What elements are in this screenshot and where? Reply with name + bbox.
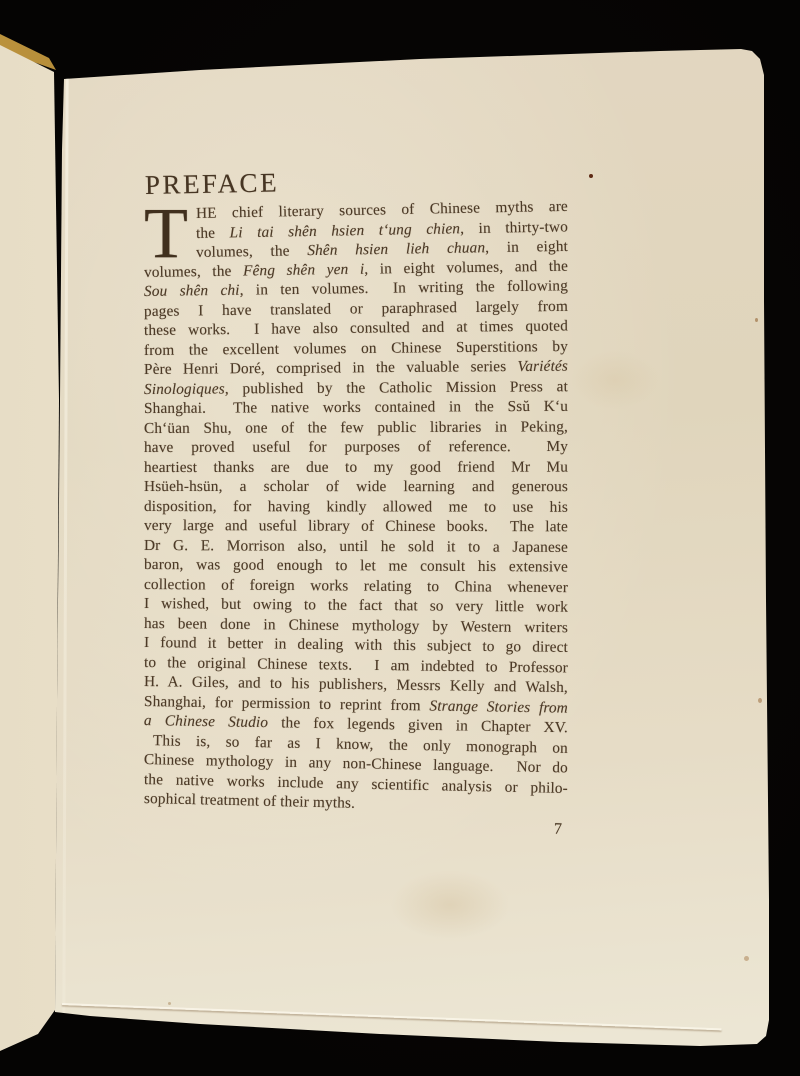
body-text: has been done in Chinese mythology by We… xyxy=(144,615,568,636)
body-text: have proved useful for purposes of refer… xyxy=(144,438,568,456)
foxing-spot xyxy=(755,318,758,322)
body-text: Shanghai. The native works contained in … xyxy=(144,398,568,417)
italic-title-text: Fêng shên yen i xyxy=(243,260,365,279)
italic-title-text: Strange Stories from xyxy=(429,697,568,716)
foxing-spot xyxy=(589,174,593,178)
paragraph: This is, so far as I know, the only mono… xyxy=(144,731,568,809)
body-text: I found it better in dealing with this s… xyxy=(144,634,568,656)
foxing-spot xyxy=(744,956,749,961)
italic-title-text: Shên hsien lieh chuan xyxy=(307,239,485,259)
body-text: heartiest thanks are due to my good frie… xyxy=(144,458,568,475)
body-text: disposition, for having kindly allowed m… xyxy=(144,498,568,516)
italic-title-text: a Chinese Studio xyxy=(144,712,268,731)
body-text: Chʻüan Shu, one of the few public librar… xyxy=(144,418,568,437)
body-text: , in ten volumes. In writing the followi… xyxy=(240,277,569,298)
body-text: I wished, but owing to the fact that so … xyxy=(144,595,568,616)
text-line: very large and useful library of Chinese… xyxy=(144,516,568,537)
text-line: Dr G. E. Morrison also, until he sold it… xyxy=(144,536,568,557)
body-text: the fox legends given in Chapter XV. xyxy=(268,714,568,736)
body-text: these works. I have also consulted and a… xyxy=(144,317,568,339)
body-text: Père Henri Doré, comprised in the valuab… xyxy=(144,358,518,378)
body-text: the xyxy=(196,224,230,242)
text-line: Chʻüan Shu, one of the few public librar… xyxy=(144,417,568,438)
italic-title-text: Sinologiques xyxy=(144,380,225,398)
paper-stain xyxy=(570,350,660,410)
body-text: very large and useful library of Chinese… xyxy=(144,517,568,535)
body-text: , published by the Catholic Mission Pres… xyxy=(225,378,568,397)
text-line: baron, was good enough to let me consult… xyxy=(144,555,568,577)
text-block: PREFACE THE chief literary sources of Ch… xyxy=(144,170,568,839)
body-text: volumes, the xyxy=(144,262,243,280)
italic-title-text: Variétés xyxy=(517,358,568,375)
body-text: from the excellent volumes on Chinese Su… xyxy=(144,338,568,359)
text-line: Père Henri Doré, comprised in the valuab… xyxy=(144,357,568,380)
paragraph: THE chief literary sources of Chinese my… xyxy=(144,204,568,731)
foxing-spot xyxy=(758,698,762,703)
body-text: collection of foreign works relating to … xyxy=(144,576,568,596)
body-text: volumes, the xyxy=(196,242,308,261)
text-line: have proved useful for purposes of refer… xyxy=(144,437,568,458)
body-text: , in thirty-two xyxy=(460,218,568,237)
book-photo: PREFACE THE chief literary sources of Ch… xyxy=(0,0,800,1076)
text-line: Hsüeh-hsün, a scholar of wide learning a… xyxy=(144,477,568,497)
text-line: heartiest thanks are due to my good frie… xyxy=(144,457,568,477)
italic-title-text: Li tai shên hsien tʻung chien xyxy=(229,220,460,241)
text-line: Sinologiques, published by the Catholic … xyxy=(144,377,568,399)
body-text: Hsüeh-hsün, a scholar of wide learning a… xyxy=(144,478,568,495)
body-text: , in eight volumes, and the xyxy=(364,257,568,277)
drop-cap-letter: T xyxy=(144,205,194,262)
body-text: Dr G. E. Morrison also, until he sold it… xyxy=(144,537,568,556)
paper-stain xyxy=(390,870,510,940)
foxing-spot xyxy=(168,1002,171,1005)
body-text: baron, was good enough to let me consult… xyxy=(144,556,568,576)
text-line: disposition, for having kindly allowed m… xyxy=(144,497,568,517)
italic-title-text: Sou shên chi xyxy=(144,282,240,300)
body-text: sophical treatment of their myths. xyxy=(144,790,355,812)
text-line: Shanghai. The native works contained in … xyxy=(144,397,568,419)
body-text: , in eight xyxy=(485,238,568,256)
